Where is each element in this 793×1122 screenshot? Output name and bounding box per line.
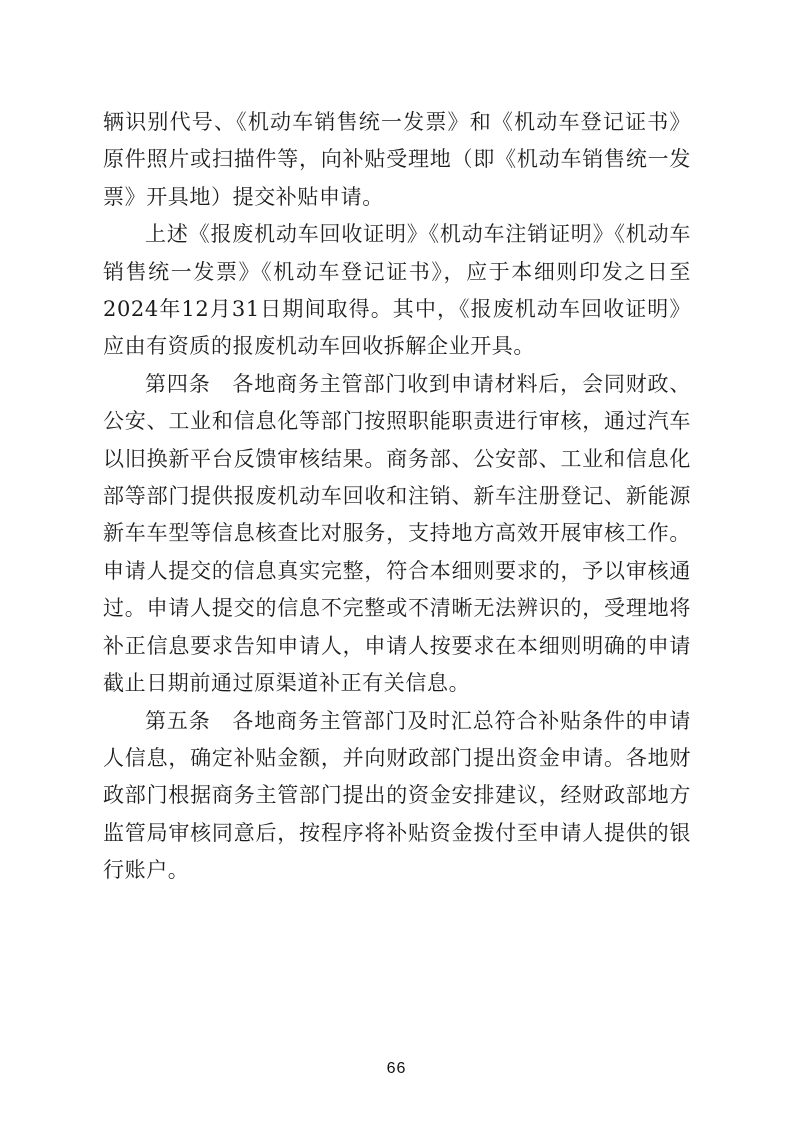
document-page: 辆识别代号、《机动车销售统一发票》和《机动车登记证书》原件照片或扫描件等，向补贴… [0, 0, 793, 1122]
paragraph: 辆识别代号、《机动车销售统一发票》和《机动车登记证书》原件照片或扫描件等，向补贴… [103, 104, 691, 216]
document-body: 辆识别代号、《机动车销售统一发票》和《机动车登记证书》原件照片或扫描件等，向补贴… [103, 104, 691, 890]
page-number: 66 [387, 1060, 407, 1077]
paragraph: 第四条 各地商务主管部门收到申请材料后，会同财政、公安、工业和信息化等部门按照职… [103, 366, 691, 703]
page-footer: 66 [0, 1058, 793, 1078]
paragraph: 第五条 各地商务主管部门及时汇总符合补贴条件的申请人信息，确定补贴金额，并向财政… [103, 703, 691, 890]
paragraph: 上述《报废机动车回收证明》《机动车注销证明》《机动车销售统一发票》《机动车登记证… [103, 216, 691, 366]
